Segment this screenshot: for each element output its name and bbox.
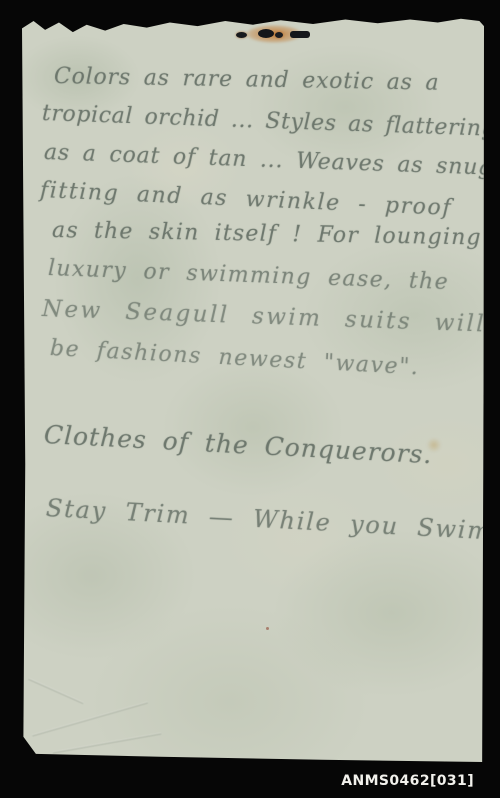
handwritten-line: fitting and as wrinkle - proof	[39, 178, 452, 221]
handwritten-line: tropical orchid ... Styles as flattering	[42, 101, 497, 142]
handwritten-line: New Seagull swim suits will	[42, 296, 487, 337]
paper-crease	[28, 678, 84, 704]
archival-photo: Colors as rare and exotic as a tropical …	[0, 0, 500, 798]
handwritten-page: Colors as rare and exotic as a tropical …	[22, 18, 484, 762]
handwritten-line: luxury or swimming ease, the	[48, 256, 450, 295]
handwritten-line: Clothes of the Conquerors.	[43, 420, 433, 469]
staple-hole-icon	[258, 29, 274, 38]
catalog-label: ANMS0462[031]	[341, 773, 474, 789]
handwritten-line: be fashions newest "wave".	[49, 336, 420, 380]
staple-hole-icon	[290, 31, 310, 38]
handwritten-line: as a coat of tan ... Weaves as snug	[44, 140, 494, 181]
paper-crease	[53, 732, 162, 753]
handwritten-line: Colors as rare and exotic as a	[54, 64, 440, 96]
ink-speck	[266, 627, 269, 630]
staple-hole-icon	[236, 32, 247, 38]
handwritten-line: Stay Trim — While you Swim	[45, 494, 492, 545]
paper-crease	[32, 702, 148, 737]
handwritten-line: as the skin itself ! For lounging	[52, 218, 482, 250]
staple-hole-icon	[275, 32, 283, 38]
